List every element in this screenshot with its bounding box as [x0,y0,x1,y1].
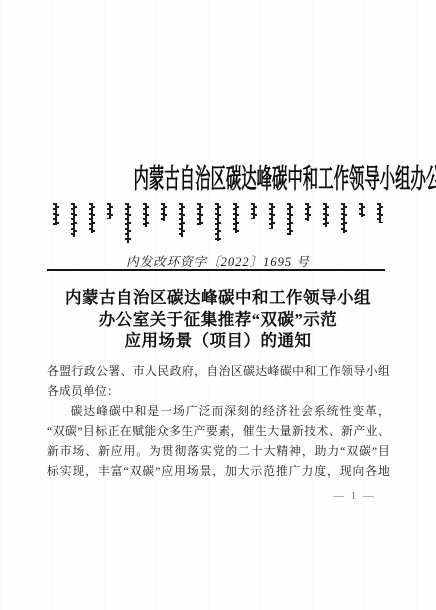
document-page: 内蒙古自治区碳达峰碳中和工作领导小组办公室文件 内发改环资字〔2022〕1695… [0,0,436,610]
mongolian-script-band-icon [0,203,436,245]
letterhead-title: 内蒙古自治区碳达峰碳中和工作领导小组办公室文件 [0,157,436,196]
letterhead-divider [47,269,385,271]
letterhead-title-text: 内蒙古自治区碳达峰碳中和工作领导小组办公室文件 [134,157,436,196]
notice-body: 各盟行政公署、市人民政府，自治区碳达峰碳中和工作领导小组 各成员单位： 碳达峰碳… [47,361,390,481]
body-line: 碳达峰碳中和是一场广泛而深刻的经济社会系统性变革， [47,401,390,421]
body-line: 新市场、新应用。为贯彻落实党的二十大精神，助力“双碳”目 [47,441,390,461]
page-number: — 1 — [333,490,376,502]
notice-title-line: 应用场景（项目）的通知 [0,330,436,352]
body-line: 各成员单位： [47,381,390,401]
notice-title-line: 办公室关于征集推荐“双碳”示范 [0,309,436,331]
notice-title-line: 内蒙古自治区碳达峰碳中和工作领导小组 [0,287,436,309]
notice-title: 内蒙古自治区碳达峰碳中和工作领导小组 办公室关于征集推荐“双碳”示范 应用场景（… [0,287,436,352]
body-line: “双碳”目标正在赋能众多生产要素，催生大量新技术、新产业、 [47,421,390,441]
body-line: 标实现，丰富“双碳”应用场景，加大示范推广力度，现向各地 [47,461,390,481]
document-number: 内发改环资字〔2022〕1695 号 [0,252,436,270]
body-line: 各盟行政公署、市人民政府，自治区碳达峰碳中和工作领导小组 [47,361,390,381]
